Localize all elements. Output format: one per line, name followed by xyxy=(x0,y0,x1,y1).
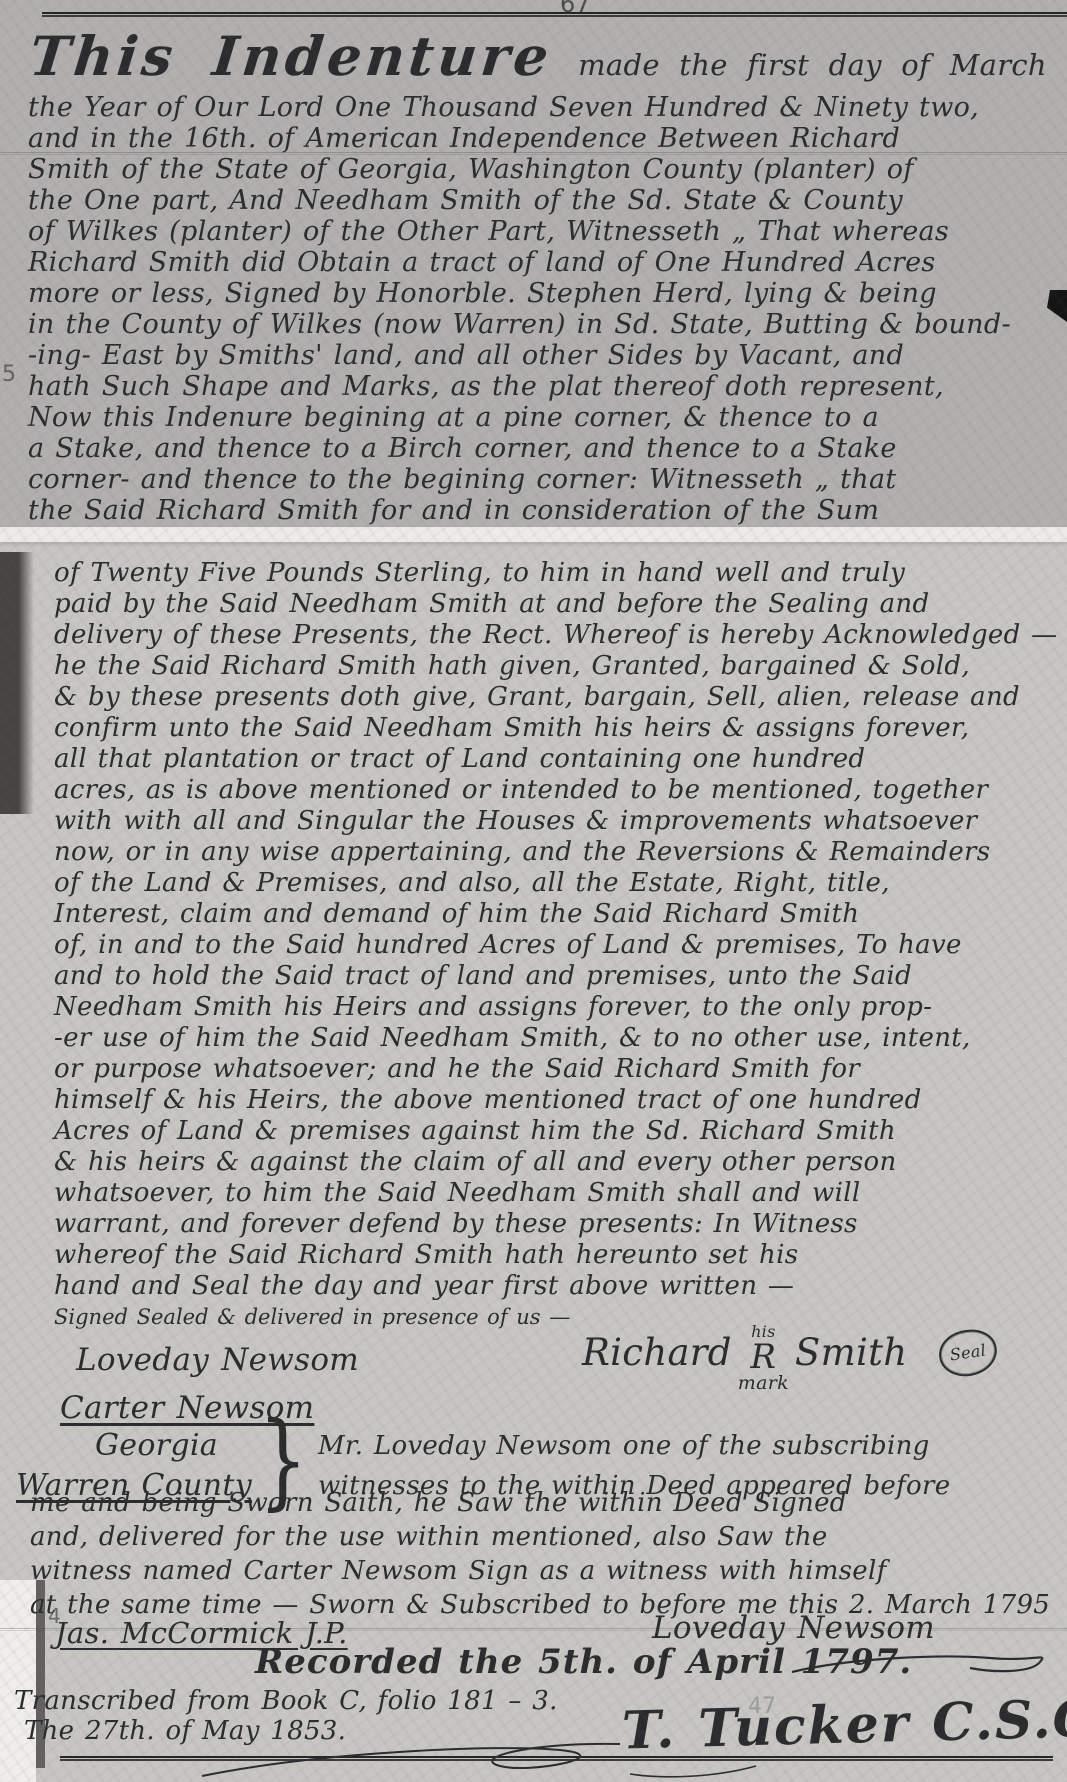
transcription-date-line: The 27th. of May 1853. xyxy=(24,1716,346,1746)
grantor-his-mark: his R mark xyxy=(738,1324,789,1393)
handwritten-line: delivery of these Presents, the Rect. Wh… xyxy=(54,620,1059,651)
seal-label: Seal xyxy=(949,1340,988,1364)
handwritten-line: now, or in any wise appertaining, and th… xyxy=(54,837,1059,868)
handwritten-line: acres, as is above mentioned or intended… xyxy=(54,775,1059,806)
handwritten-line: more or less, Signed by Honorble. Stephe… xyxy=(28,278,1057,309)
handwritten-line: Acres of Land & premises against him the… xyxy=(54,1116,1059,1147)
handwritten-line: with with all and Singular the Houses & … xyxy=(54,806,1059,837)
handwritten-line: of Wilkes (planter) of the Other Part, W… xyxy=(28,216,1057,247)
jurat-state: Georgia xyxy=(95,1428,218,1463)
handwritten-line: Smith of the State of Georgia, Washingto… xyxy=(28,154,1057,185)
handwritten-line: he the Said Richard Smith hath given, Gr… xyxy=(54,651,1059,682)
deed-opening-line: This Indenture made the first day of Mar… xyxy=(30,24,1057,88)
handwritten-line: & his heirs & against the claim of all a… xyxy=(54,1147,1059,1178)
handwritten-line: confirm unto the Said Needham Smith his … xyxy=(54,713,1059,744)
handwritten-line: whereof the Said Richard Smith hath here… xyxy=(54,1240,1059,1271)
handwritten-line: -ing- East by Smiths' land, and all othe… xyxy=(28,340,1057,371)
deed-opening-words: This Indenture xyxy=(27,24,556,88)
handwritten-line: the Year of Our Lord One Thousand Seven … xyxy=(28,92,1057,123)
handwritten-line: corner- and thence to the begining corne… xyxy=(28,464,1057,495)
deed-body-part1: the Year of Our Lord One Thousand Seven … xyxy=(28,92,1057,526)
mark-letter: R xyxy=(750,1340,776,1374)
handwritten-line: Interest, claim and demand of him the Sa… xyxy=(54,899,1059,930)
seal-icon: Seal xyxy=(936,1326,1000,1380)
clerk-signature: T. Tucker C.S.C. xyxy=(621,1688,1067,1762)
handwritten-line: paid by the Said Needham Smith at and be… xyxy=(54,589,1059,620)
grantor-signature: Richard his R mark Smith Seal xyxy=(582,1318,997,1387)
deed-document-page: 67 This Indenture made the first day of … xyxy=(0,0,1067,1782)
grantor-first-name: Richard xyxy=(582,1331,732,1374)
handwritten-line: Now this Indenure begining at a pine cor… xyxy=(28,402,1057,433)
margin-mark: 5 xyxy=(2,362,16,387)
margin-mark: 4 xyxy=(48,1604,61,1628)
handwritten-line: of the Land & Premises, and also, all th… xyxy=(54,868,1059,899)
handwritten-line: warrant, and forever defend by these pre… xyxy=(54,1209,1059,1240)
handwritten-line: Needham Smith his Heirs and assigns fore… xyxy=(54,992,1059,1023)
handwritten-line: -er use of him the Said Needham Smith, &… xyxy=(54,1023,1059,1054)
handwritten-line: and to hold the Said tract of land and p… xyxy=(54,961,1059,992)
margin-mark: 47 xyxy=(748,1694,776,1719)
deed-opening-rest: made the first day of March in xyxy=(578,48,1067,82)
scan-edge-dark xyxy=(0,552,34,814)
scan-seam xyxy=(0,527,1067,542)
handwritten-line: a Stake, and thence to a Birch corner, a… xyxy=(28,433,1057,464)
handwritten-line: whatsoever, to him the Said Needham Smit… xyxy=(54,1178,1059,1209)
recorded-line: Recorded the 5th. of April 1797. xyxy=(255,1642,912,1682)
handwritten-line: and, delivered for the use within mentio… xyxy=(30,1520,1059,1554)
handwritten-line: all that plantation or tract of Land con… xyxy=(54,744,1059,775)
handwritten-line: witness named Carter Newsom Sign as a wi… xyxy=(30,1554,1059,1588)
jurat-text-lower: me and being Sworn Saith, he Saw the wit… xyxy=(30,1486,1059,1622)
jurat-witness-signature: Loveday Newsom xyxy=(652,1610,935,1646)
handwritten-line: me and being Sworn Saith, he Saw the wit… xyxy=(30,1486,1059,1520)
handwritten-line: & by these presents doth give, Grant, ba… xyxy=(54,682,1059,713)
handwritten-line: of, in and to the Said hundred Acres of … xyxy=(54,930,1059,961)
handwritten-line: hath Such Shape and Marks, as the plat t… xyxy=(28,371,1057,402)
witness-signature-loveday-newsom: Loveday Newsom xyxy=(76,1342,359,1378)
handwritten-line: of Twenty Five Pounds Sterling, to him i… xyxy=(54,558,1059,589)
grantor-last-name: Smith xyxy=(795,1331,907,1374)
handwritten-line: the Said Richard Smith for and in consid… xyxy=(28,495,1057,526)
handwritten-line: the One part, And Needham Smith of the S… xyxy=(28,185,1057,216)
handwritten-line: or purpose whatsoever; and he the Said R… xyxy=(54,1054,1059,1085)
mark-word-mark: mark xyxy=(738,1374,789,1393)
handwritten-line: hand and Seal the day and year first abo… xyxy=(54,1271,1059,1302)
handwritten-line: himself & his Heirs, the above mentioned… xyxy=(54,1085,1059,1116)
bottom-double-rule xyxy=(60,1756,1053,1761)
deed-body-part2: of Twenty Five Pounds Sterling, to him i… xyxy=(54,558,1059,1333)
handwritten-line: Mr. Loveday Newsom one of the subscribin… xyxy=(318,1426,950,1466)
handwritten-line: and in the 16th. of American Independenc… xyxy=(28,123,1057,154)
handwritten-line: Richard Smith did Obtain a tract of land… xyxy=(28,247,1057,278)
handwritten-line: in the County of Wilkes (now Warren) in … xyxy=(28,309,1057,340)
transcribed-line: Transcribed from Book C, folio 181 – 3. xyxy=(14,1686,558,1716)
top-double-rule xyxy=(42,12,1067,17)
